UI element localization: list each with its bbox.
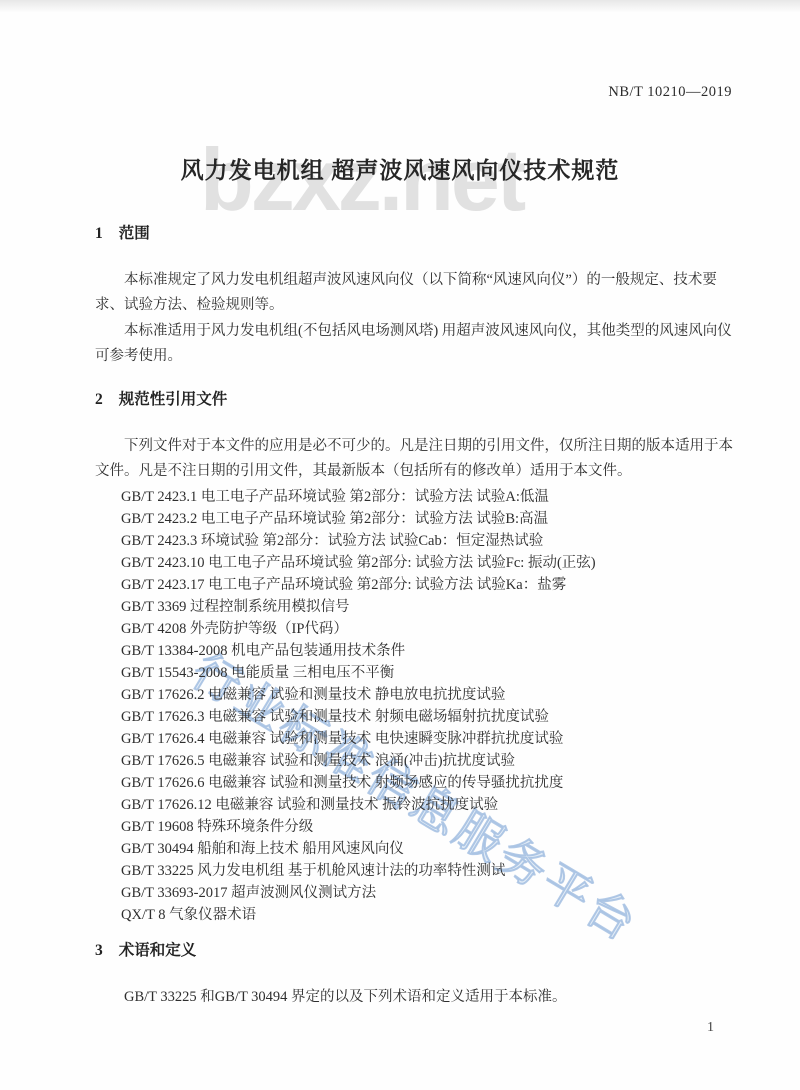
- reference-line: GB/T 4208 外壳防护等级（IP代码）: [121, 618, 735, 640]
- document-page: bzxz.net 行业标准信息服务平台 NB/T 10210—2019 风力发电…: [0, 0, 800, 1090]
- section-title: 术语和定义: [119, 942, 197, 959]
- reference-line: GB/T 3369 过程控制系统用模拟信号: [121, 596, 735, 618]
- reference-line: GB/T 17626.4 电磁兼容 试验和测量技术 电快速瞬变脉冲群抗扰度试验: [121, 728, 735, 750]
- reference-line: GB/T 33225 风力发电机组 基于机舱风速计法的功率特性测试: [121, 860, 735, 882]
- section-heading-scope: 1范围: [95, 224, 735, 244]
- section-number: 2: [95, 391, 103, 408]
- reference-line: GB/T 33693-2017 超声波测风仪测试方法: [121, 882, 735, 904]
- paragraph: 本标准规定了风力发电机组超声波风速风向仪（以下简称“风速风向仪”）的一般规定、技…: [95, 268, 735, 318]
- document-body: 1范围 本标准规定了风力发电机组超声波风速风向仪（以下简称“风速风向仪”）的一般…: [95, 224, 735, 1010]
- section-number: 3: [95, 942, 103, 959]
- section-title: 规范性引用文件: [119, 391, 228, 408]
- reference-line: GB/T 30494 船舶和海上技术 船用风速风向仪: [121, 838, 735, 860]
- paragraph: 本标准适用于风力发电机组(不包括风电场测风塔) 用超声波风速风向仪，其他类型的风…: [95, 319, 735, 369]
- reference-line: GB/T 17626.5 电磁兼容 试验和测量技术 浪涌(冲击)抗扰度试验: [121, 750, 735, 772]
- section-title: 范围: [119, 225, 150, 242]
- standard-number: NB/T 10210—2019: [608, 84, 732, 101]
- paragraph: 下列文件对于本文件的应用是必不可少的。凡是注日期的引用文件，仅所注日期的版本适用…: [95, 434, 735, 484]
- paragraph: GB/T 33225 和GB/T 30494 界定的以及下列术语和定义适用于本标…: [95, 985, 735, 1010]
- reference-line: GB/T 13384-2008 机电产品包装通用技术条件: [121, 640, 735, 662]
- reference-line: GB/T 17626.12 电磁兼容 试验和测量技术 振铃波抗扰度试验: [121, 794, 735, 816]
- section-number: 1: [95, 225, 103, 242]
- reference-line: GB/T 15543-2008 电能质量 三相电压不平衡: [121, 662, 735, 684]
- reference-line: GB/T 17626.2 电磁兼容 试验和测量技术 静电放电抗扰度试验: [121, 684, 735, 706]
- reference-line: GB/T 17626.6 电磁兼容 试验和测量技术 射频场感应的传导骚扰抗扰度: [121, 772, 735, 794]
- reference-line: GB/T 2423.3 环境试验 第2部分：试验方法 试验Cab：恒定湿热试验: [121, 530, 735, 552]
- reference-line: QX/T 8 气象仪器术语: [121, 904, 735, 926]
- reference-line: GB/T 17626.3 电磁兼容 试验和测量技术 射频电磁场辐射抗扰度试验: [121, 706, 735, 728]
- reference-line: GB/T 2423.2 电工电子产品环境试验 第2部分：试验方法 试验B:高温: [121, 508, 735, 530]
- page-number: 1: [707, 1020, 714, 1036]
- reference-line: GB/T 2423.10 电工电子产品环境试验 第2部分: 试验方法 试验Fc:…: [121, 552, 735, 574]
- scan-edge: [0, 0, 800, 12]
- reference-list: GB/T 2423.1 电工电子产品环境试验 第2部分：试验方法 试验A:低温G…: [95, 486, 735, 926]
- reference-line: GB/T 2423.1 电工电子产品环境试验 第2部分：试验方法 试验A:低温: [121, 486, 735, 508]
- section-heading-normative-references: 2规范性引用文件: [95, 390, 735, 410]
- reference-line: GB/T 2423.17 电工电子产品环境试验 第2部分: 试验方法 试验Ka：…: [121, 574, 735, 596]
- document-title: 风力发电机组 超声波风速风向仪技术规范: [0, 152, 800, 185]
- reference-line: GB/T 19608 特殊环境条件分级: [121, 816, 735, 838]
- section-heading-terms: 3术语和定义: [95, 941, 735, 961]
